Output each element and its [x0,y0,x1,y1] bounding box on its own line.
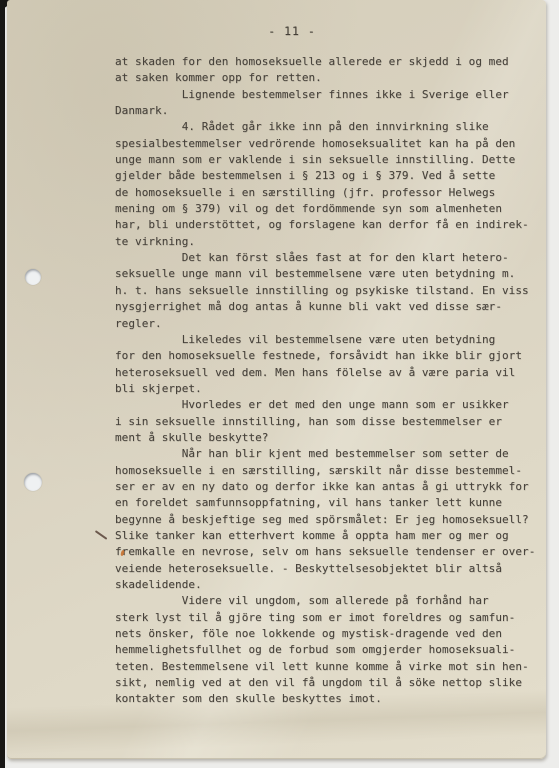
document-text: at skaden for den homoseksuelle allerede… [115,54,543,708]
text-line: te virkning. [115,234,543,250]
text-line: ser er av en ny dato og derfor ikke kan … [115,479,543,495]
text-line: skadelidende. [115,577,543,593]
text-line: Danmark. [115,103,543,119]
paper-sheet: - 11 - at skaden for den homoseksuelle a… [7,0,546,759]
text-line: h. t. hans seksuelle innstilling og psyk… [115,283,543,299]
text-line: Likeledes vil bestemmelsene være uten be… [115,332,543,348]
text-line: Slike tanker kan etterhvert komme å oppt… [115,528,543,544]
text-line: Når han blir kjent med bestemmelser som … [115,446,543,462]
punch-hole-top [25,269,41,285]
text-line: nets önsker, föle noe lokkende og mystis… [115,626,543,642]
text-line: gjelder både bestemmelsen i § 213 og i §… [115,168,543,184]
text-line: i sin seksuelle innstilling, han som dis… [115,414,543,430]
text-line: har, bli understöttet, og forslagene kan… [115,217,543,233]
text-line: hemmelighetsfullhet og de forbud som omg… [115,642,543,658]
text-line: Det kan först slåes fast at for den klar… [115,250,543,266]
text-line: sterk lyst til å gjöre ting som er imot … [115,610,543,626]
text-line: seksuelle unge mann vil bestemmelsene væ… [115,266,543,282]
text-line: teten. Bestemmelsene vil lett kunne komm… [115,659,543,675]
text-line: fremkalle en nevrose, selv om hans seksu… [115,544,543,560]
text-line: homoseksuelle i en særstilling, særskilt… [115,463,543,479]
text-line: de homoseksuelle i en særstilling (jfr. … [115,185,543,201]
page-number: - 11 - [252,24,332,38]
text-line: Hvorledes er det med den unge mann som e… [115,397,543,413]
text-line: Videre vil ungdom, som allerede på forhå… [115,593,543,609]
text-line: veiende heteroseksuelle. - Beskyttelseso… [115,561,543,577]
text-line: at skaden for den homoseksuelle allerede… [115,54,543,70]
scanned-document-page: - 11 - at skaden for den homoseksuelle a… [0,0,559,768]
text-line: ment å skulle beskytte? [115,430,543,446]
text-line: 4. Rådet går ikke inn på den innvirkning… [115,119,543,135]
text-line: spesialbestemmelser vedrörende homoseksu… [115,136,543,152]
text-line: en foreldet samfunnsoppfatning, vil hans… [115,495,543,511]
text-line: unge mann som er vaklende i sin seksuell… [115,152,543,168]
text-line: begynne å beskjeftige seg med spörsmålet… [115,512,543,528]
text-line: sikt, nemlig ved at den vil få ungdom ti… [115,675,543,691]
text-line: Lignende bestemmelser finnes ikke i Sver… [115,87,543,103]
scanner-edge-strip [0,0,5,768]
text-line: at saken kommer opp for retten. [115,70,543,86]
text-line: bli skjerpet. [115,381,543,397]
text-line: nysgjerrighet må dog antas å kunne bli v… [115,299,543,315]
text-line: mening om § 379) vil og det fordömmende … [115,201,543,217]
text-line: for den homoseksuelle festnede, forsåvid… [115,348,543,364]
text-line: heteroseksuell ved dem. Men hans fölelse… [115,365,543,381]
text-line: kontakter som den skulle beskyttes imot. [115,691,543,707]
text-line: regler. [115,316,543,332]
punch-hole-bottom [24,473,42,491]
